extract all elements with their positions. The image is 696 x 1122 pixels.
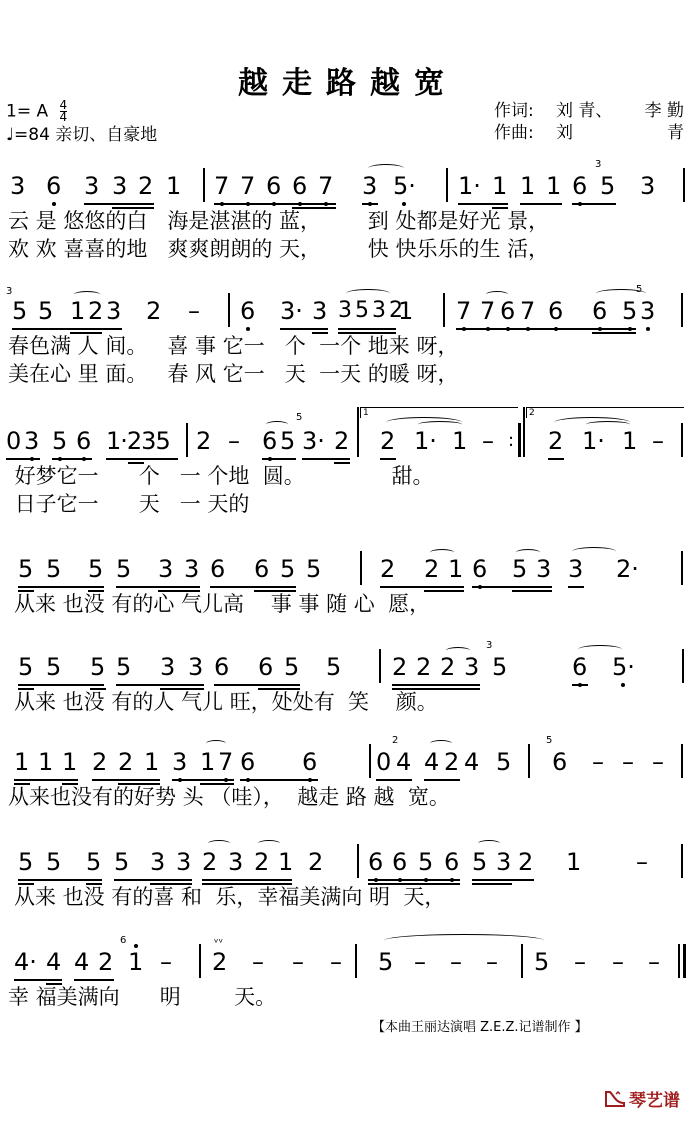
note: 3 xyxy=(640,172,655,200)
lyrics-verse-1: 从来 也没 有的喜 和 乐，幸福美满向 明 天， xyxy=(14,884,445,910)
barline xyxy=(446,168,448,202)
lyrics-verse-1: 从来 也没 有的心 气儿高 事 事 随 心 愿， xyxy=(14,591,430,617)
note: 6 xyxy=(444,848,459,876)
lyrics-verse-1: 幸 福美满向 明 天。 xyxy=(8,984,276,1010)
note: 2 xyxy=(92,748,107,776)
note: 3· xyxy=(302,427,325,455)
note: 4 xyxy=(74,948,89,976)
note: 6 xyxy=(262,427,277,455)
note: 1 xyxy=(128,948,143,976)
note: 3 xyxy=(172,748,187,776)
note: 3 xyxy=(568,555,583,583)
grace-note: 5 xyxy=(546,736,552,746)
note: 1 xyxy=(166,172,181,200)
note: 3 xyxy=(536,555,551,583)
note: – xyxy=(330,948,342,976)
note: 2 xyxy=(202,848,217,876)
note: – xyxy=(450,948,462,976)
note: 1 xyxy=(200,748,215,776)
note: 5 xyxy=(622,297,637,325)
note: 2 xyxy=(380,427,395,455)
note: 1 xyxy=(492,172,507,200)
note: 1· xyxy=(458,172,481,200)
lyrics-verse-1: 云 是 悠悠的白 海是湛湛的 蓝， 到 处都是好光 景， xyxy=(8,208,549,234)
note: 5 xyxy=(116,653,131,681)
note: 5 xyxy=(492,653,507,681)
note: 5 xyxy=(86,848,101,876)
note: 5 xyxy=(18,653,33,681)
page-title: 越走路越宽 xyxy=(0,58,696,102)
barline xyxy=(521,944,523,978)
note: 3 xyxy=(464,653,479,681)
note: – xyxy=(592,748,604,776)
trill-mark-icon: ᵛᵛ xyxy=(214,938,223,948)
note: 7 xyxy=(318,172,333,200)
note: 1 xyxy=(448,555,463,583)
note: 6 xyxy=(210,555,225,583)
note: 3 xyxy=(24,427,39,455)
note: 5 xyxy=(472,848,487,876)
note: 1 xyxy=(144,748,159,776)
note: – xyxy=(414,948,426,976)
note: 6 xyxy=(214,653,229,681)
note: 6 xyxy=(266,172,281,200)
logo-text: 琴艺谱 xyxy=(629,1086,680,1111)
note: 5 xyxy=(280,555,295,583)
note: 5 xyxy=(326,653,341,681)
barline xyxy=(682,649,684,683)
note: 6 xyxy=(258,653,273,681)
note: 2 xyxy=(440,653,455,681)
barline xyxy=(379,649,381,683)
note: 3 xyxy=(184,555,199,583)
note: 6 xyxy=(552,748,567,776)
piano-logo-icon xyxy=(604,1090,626,1108)
grace-note: 6 xyxy=(120,936,126,946)
note: 5 xyxy=(114,848,129,876)
repeat-barline xyxy=(518,423,521,457)
barline xyxy=(228,293,230,327)
note: 5 xyxy=(378,948,393,976)
note: 5· xyxy=(393,172,416,200)
note: – xyxy=(160,948,172,976)
note: 6 xyxy=(592,297,607,325)
note: – xyxy=(648,948,660,976)
note: 1 xyxy=(70,297,85,325)
grace-note: 5 xyxy=(296,413,302,423)
note: 3 xyxy=(160,653,175,681)
note-group: 1·235 xyxy=(106,427,170,455)
note: 4 xyxy=(46,948,61,976)
barline xyxy=(369,744,371,778)
note: 3 xyxy=(10,172,25,200)
barline xyxy=(523,407,525,457)
performance-credit: 【本曲王丽达演唱 Z.E.Z.记谱制作 】 xyxy=(372,1016,588,1035)
barline xyxy=(186,423,188,457)
site-logo[interactable]: 琴艺谱 xyxy=(604,1086,680,1111)
note: 5 xyxy=(534,948,549,976)
note: 0 xyxy=(6,427,21,455)
barline xyxy=(357,844,359,878)
note: 2 xyxy=(416,653,431,681)
note: – xyxy=(188,297,200,325)
note: 5 xyxy=(496,748,511,776)
key-signature: 1= A 4 4 xyxy=(6,100,67,123)
lyrics-verse-1: 好梦它一 个 一 个地 圆。 甜。 xyxy=(8,463,434,489)
note: 5 xyxy=(52,427,67,455)
note: – xyxy=(574,948,586,976)
barline xyxy=(681,844,683,878)
note: 1 xyxy=(546,172,561,200)
note: 1 xyxy=(398,297,413,325)
note: 6 xyxy=(76,427,91,455)
note: 5 xyxy=(284,653,299,681)
grace-note: 2 xyxy=(392,736,398,746)
grace-note: 3 xyxy=(595,160,601,170)
note: 3· xyxy=(280,297,303,325)
volta-1: 1 xyxy=(360,407,518,418)
note: 2 xyxy=(212,948,227,976)
note: 6 xyxy=(254,555,269,583)
note: 5 xyxy=(46,653,61,681)
note: 3 xyxy=(228,848,243,876)
final-barline xyxy=(683,944,686,978)
note: – xyxy=(228,427,240,455)
note: 1 xyxy=(278,848,293,876)
note: 6 xyxy=(368,848,383,876)
note: 7 xyxy=(520,297,535,325)
lyrics-verse-1: 春色满 人 间。 喜 事 它一 个 一个 地来 呀， xyxy=(8,333,458,359)
note: 2 xyxy=(138,172,153,200)
note: – xyxy=(292,948,304,976)
note: 3 xyxy=(362,172,377,200)
barline xyxy=(357,407,359,457)
note: 2· xyxy=(616,555,639,583)
barline xyxy=(360,551,362,585)
note: 2 xyxy=(444,748,459,776)
note: – xyxy=(636,848,648,876)
note: 5 xyxy=(90,653,105,681)
note: 2 xyxy=(308,848,323,876)
note: 4 xyxy=(424,748,439,776)
note: 5 xyxy=(46,848,61,876)
note: 3 xyxy=(188,653,203,681)
note: 6 xyxy=(572,653,587,681)
note: 7 xyxy=(456,297,471,325)
note: 3 xyxy=(84,172,99,200)
key-label: 1= A xyxy=(6,102,48,122)
note: 1 xyxy=(38,748,53,776)
barline xyxy=(678,944,680,978)
note: 3 xyxy=(112,172,127,200)
note: 6 xyxy=(392,848,407,876)
barline xyxy=(443,293,445,327)
note: 2 xyxy=(88,297,103,325)
note: 6 xyxy=(302,748,317,776)
note: 3 xyxy=(176,848,191,876)
note: 6 xyxy=(472,555,487,583)
quarter-note-icon: ♩ xyxy=(6,125,14,145)
note: 5 xyxy=(12,297,27,325)
note: – xyxy=(652,427,664,455)
note: 5 xyxy=(600,172,615,200)
lyrics-verse-2: 欢 欢 喜喜的地 爽爽朗朗的 天， 快 快乐乐的生 活， xyxy=(8,236,549,262)
note: 1 xyxy=(452,427,467,455)
note: 6 xyxy=(240,297,255,325)
lyricist-label: 作词: xyxy=(494,100,556,122)
note: 6 xyxy=(572,172,587,200)
grace-note: 3 xyxy=(486,641,492,651)
note: 2 xyxy=(380,555,395,583)
note: 5 xyxy=(306,555,321,583)
note: 6 xyxy=(292,172,307,200)
grace-note: 3 xyxy=(6,287,12,297)
note: – xyxy=(482,427,494,455)
note: 7 xyxy=(480,297,495,325)
lyrics-verse-1: 从来也没有的好势 头 （哇）， 越走 路 越 宽。 xyxy=(8,784,450,810)
note: 5· xyxy=(612,653,635,681)
note: 6 xyxy=(548,297,563,325)
composer-label: 作曲: xyxy=(494,122,556,144)
note: 4 xyxy=(396,748,411,776)
note: 3 xyxy=(106,297,121,325)
note: 2 xyxy=(548,427,563,455)
repeat-sign: : xyxy=(508,427,514,455)
note: 5 xyxy=(46,555,61,583)
note: 5 xyxy=(88,555,103,583)
tempo-marking: ♩=84 亲切、自豪地 xyxy=(6,124,157,146)
note: 6 xyxy=(240,748,255,776)
note: 0 xyxy=(376,748,391,776)
lyrics-verse-2: 日子它一 天 一 天的 xyxy=(8,491,249,517)
lyrics-verse-1: 从来 也没 有的人 气儿 旺，处处有 笑 颜。 xyxy=(14,689,438,715)
note: 6 xyxy=(46,172,61,200)
note: 2 xyxy=(98,948,113,976)
note: 7 xyxy=(214,172,229,200)
note: 1 xyxy=(14,748,29,776)
note: – xyxy=(622,748,634,776)
note: 7 xyxy=(240,172,255,200)
note: 3 xyxy=(640,297,655,325)
note: 3 xyxy=(312,297,327,325)
time-signature: 4 4 xyxy=(60,100,68,123)
note: 4· xyxy=(14,948,37,976)
note: 3 xyxy=(496,848,511,876)
barline xyxy=(528,744,530,778)
note: 2 xyxy=(118,748,133,776)
barline xyxy=(681,423,683,457)
note: – xyxy=(486,948,498,976)
barline xyxy=(681,293,683,327)
note: 2 xyxy=(424,555,439,583)
note: – xyxy=(652,748,664,776)
note: 2 xyxy=(146,297,161,325)
note: 5 xyxy=(38,297,53,325)
credits: 作词: 刘 青、李 勤 作曲: 刘青 xyxy=(494,100,684,144)
note: 5 xyxy=(418,848,433,876)
note: 6 xyxy=(500,297,515,325)
note: 4 xyxy=(464,748,479,776)
note: 1 xyxy=(520,172,535,200)
lyrics-verse-2: 美在心 里 面。 春 风 它一 天 一天 的暖 呀， xyxy=(8,361,458,387)
note: 2 xyxy=(518,848,533,876)
note: 1 xyxy=(62,748,77,776)
note: 1· xyxy=(414,427,437,455)
note: 1· xyxy=(582,427,605,455)
note: 2 xyxy=(196,427,211,455)
note: – xyxy=(612,948,624,976)
note: 5 xyxy=(116,555,131,583)
note: 2 xyxy=(254,848,269,876)
barline xyxy=(681,551,683,585)
barline xyxy=(203,168,205,202)
barline xyxy=(683,168,685,202)
note-group: 3 5 3 2 xyxy=(338,297,401,325)
note: 1 xyxy=(622,427,637,455)
note: 5 xyxy=(18,555,33,583)
note: 3 xyxy=(150,848,165,876)
note: 1 xyxy=(566,848,581,876)
note: 5 xyxy=(512,555,527,583)
barline xyxy=(199,944,201,978)
barline xyxy=(355,944,357,978)
note: – xyxy=(252,948,264,976)
note: 3 xyxy=(158,555,173,583)
note: 7 xyxy=(218,748,233,776)
barline xyxy=(681,744,683,778)
note: 2 xyxy=(392,653,407,681)
note: 2 xyxy=(334,427,349,455)
note: 5 xyxy=(280,427,295,455)
note: 5 xyxy=(18,848,33,876)
